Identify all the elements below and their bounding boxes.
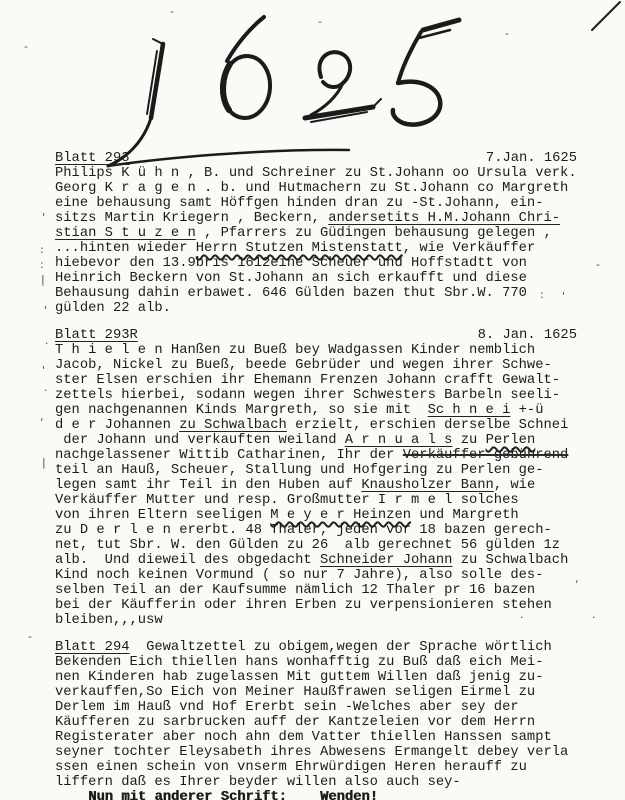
line-text: alb. Und dieweil des obgedacht Schneider… [55,553,568,568]
text-segment: Heinrich Beckern von St.Johann an sich e… [55,271,527,286]
text-segment: von ihren Eltern seeligen [55,508,270,523]
text-segment: zu Schwalbach [452,553,568,568]
line-text: Käufferen zu sarbrucken auff der Kantzel… [55,715,535,730]
text-line: zu D e r l e n ererbt. 48 Thaler, jeden … [55,523,577,538]
underlined-text: zu Schwalbach [179,418,287,433]
line-text: bleiben,,,usw [55,613,163,628]
line-text: Heinrich Beckern von St.Johann an sich e… [55,271,527,286]
text-segment: Kind noch keinen Vormund ( so nur 7 Jahr… [55,568,544,583]
line-text: Nun mit anderer Schrift: Wenden! [55,790,378,800]
text-segment: Gewaltzettel zu obigem,wegen der Sprache… [130,640,552,655]
stray-mark: - [505,27,509,40]
text-line: bei der Käufferin oder ihren Erben zu ve… [55,598,577,613]
text-line: Behausung dahin erbawet. 646 Gülden baze… [55,286,577,301]
underlined-text: stian S t u z e n [55,226,196,241]
text-line: net, tut Sbr. W. den Gülden zu 26 alb ge… [55,538,577,553]
underlined-text: Schneider Johann [320,553,452,568]
text-line: selben Teil an der Kaufsumme nämlich 12 … [55,583,577,598]
text-segment: und Margreth [411,508,519,523]
line-text: der Johann und verkauften weiland A r n … [55,433,535,448]
text-line: legen samt ihr Teil in den Huben auf Kna… [55,478,577,493]
stray-mark: - [24,40,28,53]
stray-mark: ' [42,211,45,224]
text-line: von ihren Eltern seeligen M e y e r Hein… [55,508,577,523]
digit-2-neck [311,83,343,115]
text-segment: seyner tochter Eleysabeth ihres Abwesens… [55,745,568,760]
line-text: Derlem im Hauß vnd Hof Ererbt sein -Welc… [55,700,519,715]
register-entry: Blatt 293R8. Jan. 1625T h i e l e n Hanß… [55,328,577,628]
text-segment: zettels hierbei, sodann wegen ihrer Schw… [55,388,560,403]
text-line: Verkäuffer Mutter und resp. Großmutter I… [55,493,577,508]
text-segment: eine behausung samt Höffgen hinden dran … [55,196,544,211]
underlined-text: Herrn Stutzen Mistenstatt [196,241,403,256]
text-segment: legen samt ihr Teil in den Huben auf [55,478,361,493]
line-text: stian S t u z e n , Pfarrers zu Güdingen… [55,226,552,241]
line-text: ster Elsen erschien ihr Ehemann Frenzen … [55,373,560,388]
stray-mark: : [40,243,44,256]
text-line: hiebevor den 13.9bris 1612eine Scheuer u… [55,256,577,271]
stray-mark: , [40,410,44,423]
text-line: gülden 22 alb. [55,301,577,316]
text-segment: Käufferen zu sarbrucken auff der Kantzel… [55,715,535,730]
line-text: Behausung dahin erbawet. 646 Gülden baze… [55,286,527,301]
line-text: gülden 22 alb. [55,301,171,316]
line-text: hiebevor den 13.9bris 1612eine Scheuer u… [55,256,527,271]
stray-mark: . [44,381,48,394]
register-entry: Blatt 294 Gewaltzettel zu obigem,wegen d… [55,640,577,800]
entry-date: 7.Jan. 1625 [486,151,577,166]
underlined-text: Perlen [486,433,536,448]
line-text: T h i e l e n Hanßen zu Bueß bey Wadgass… [55,343,535,358]
underlined-text: andersetits H.M.Johann Chri- [328,211,560,226]
text-segment: Registerater aber noch ahn dem Vatter th… [55,730,552,745]
line-text: zettels hierbei, sodann wegen ihrer Schw… [55,388,560,403]
underlined-text: M e y e r Heinzen [270,508,411,523]
text-segment: der Johann und verkauften weiland [55,433,345,448]
text-line: Philips K ü h n , B. und Schreiner zu St… [55,166,577,181]
line-text: Blatt 294 Gewaltzettel zu obigem,wegen d… [55,640,552,655]
text-segment: Bekenden Eich thiellen hans wonhafftig z… [55,655,544,670]
struck-text: Verkäuffer gebührend [403,448,569,463]
text-segment: , wie Verkäuffer [403,241,535,256]
text-segment: erzielt, erschien derselbe Schnei [287,418,569,433]
digit-1-stroke [151,44,163,118]
text-segment: alb. Und dieweil des obgedacht [55,553,320,568]
stray-mark: | [42,456,46,469]
line-text: d e r Johannen zu Schwalbach erzielt, er… [55,418,568,433]
line-text: Kind noch keinen Vormund ( so nur 7 Jahr… [55,568,544,583]
underlined-text: Sc h n e i [428,403,511,418]
stray-mark: . [592,608,596,621]
text-line: alb. Und dieweil des obgedacht Schneider… [55,553,577,568]
line-text: Registerater aber noch ahn dem Vatter th… [55,730,552,745]
text-line: seyner tochter Eleysabeth ihres Abwesens… [55,745,577,760]
text-segment: zu [452,433,485,448]
line-text: Philips K ü h n , B. und Schreiner zu St… [55,166,577,181]
digit-6-shade [223,64,230,110]
digit-5-flag [419,30,450,38]
text-line: Blatt 294 Gewaltzettel zu obigem,wegen d… [55,640,577,655]
digit-5-bowl [393,82,440,125]
line-text: Jacob, Nickel zu Bueß, beede Gebrüder un… [55,358,552,373]
register-entry: Blatt 2937.Jan. 1625Philips K ü h n , B.… [55,151,577,316]
text-segment: ssen einen schein von vnserm Ehrwürdigen… [55,760,527,775]
text-line: Bekenden Eich thiellen hans wonhafftig z… [55,655,577,670]
text-line: Jacob, Nickel zu Bueß, beede Gebrüder un… [55,358,577,373]
text-segment: ster Elsen erschien ihr Ehemann Frenzen … [55,373,560,388]
line-text: ssen einen schein von vnserm Ehrwürdigen… [55,760,527,775]
text-segment: teil an Hauß, Scheuer, Stallung und Hofg… [55,463,544,478]
text-line: eine behausung samt Höffgen hinden dran … [55,196,577,211]
text-segment: bei der Käufferin oder ihren Erben zu ve… [55,598,552,613]
text-segment: gülden 22 alb. [55,301,171,316]
entry-header-line: Blatt 2937.Jan. 1625 [55,151,577,166]
text-line: Derlem im Hauß vnd Hof Ererbt sein -Welc… [55,700,577,715]
text-line: Registerater aber noch ahn dem Vatter th… [55,730,577,745]
text-segment: nachgelassener Wittib Catharinen, Ihr de… [55,448,403,463]
text-line: gen nachgenannen Kinds Margreth, so sie … [55,403,577,418]
entry-header-line: Blatt 293R8. Jan. 1625 [55,328,577,343]
text-line: T h i e l e n Hanßen zu Bueß bey Wadgass… [55,343,577,358]
text-line: Kind noch keinen Vormund ( so nur 7 Jahr… [55,568,577,583]
text-segment: Derlem im Hauß vnd Hof Ererbt sein -Welc… [55,700,519,715]
digit-1-stroke [147,51,157,114]
digit-2-base [311,112,367,122]
text-segment: , wie [494,478,535,493]
stray-mark: . [45,334,49,347]
text-segment: Behausung dahin erbawet. 646 Gülden baze… [55,286,527,301]
text-line: Georg K r a g e n . b. und Hutmachern zu… [55,181,577,196]
text-segment: bleiben,,,usw [55,613,163,628]
digit-2-loop [319,52,350,87]
line-text: ...hinten wieder Herrn Stutzen Mistensta… [55,241,535,256]
text-segment: zu D e r l e n ererbt. 48 Thaler, jeden … [55,523,552,538]
line-text: eine behausung samt Höffgen hinden dran … [55,196,544,211]
text-line: stian S t u z e n , Pfarrers zu Güdingen… [55,226,577,241]
text-segment: , Pfarrers zu Güdingen behausung gelegen… [196,226,552,241]
text-segment: T h i e l e n Hanßen zu Bueß bey Wadgass… [55,343,535,358]
stray-mark: ' [44,304,47,317]
text-line: liffern daß es Ihrer beyder willen also … [55,775,577,790]
text-line: teil an Hauß, Scheuer, Stallung und Hofg… [55,463,577,478]
entry-date: 8. Jan. 1625 [478,328,577,343]
stray-mark: - [170,5,174,18]
stray-mark: : [40,258,44,271]
text-line: der Johann und verkauften weiland A r n … [55,433,577,448]
text-segment: ...hinten wieder [55,241,196,256]
text-line: nen Kinderen hab zugelassen Mit guttem W… [55,670,577,685]
line-text: seyner tochter Eleysabeth ihres Abwesens… [55,745,568,760]
line-text: Blatt 293R [55,328,138,343]
underlined-text: A r n u a l s [345,433,453,448]
text-line: Heinrich Beckern von St.Johann an sich e… [55,271,577,286]
line-text: net, tut Sbr. W. den Gülden zu 26 alb ge… [55,538,560,553]
line-text: Blatt 293 [55,151,130,166]
line-text: Georg K r a g e n . b. und Hutmachern zu… [55,181,568,196]
underlined-text: Blatt 293 [55,151,130,166]
text-line: verkauffen,So Eich von Meiner Haußfrawen… [55,685,577,700]
text-segment: sitzs Martin Kriegern , Beckern, [55,211,328,226]
text-line: ssen einen schein von vnserm Ehrwürdigen… [55,760,577,775]
year-1625-handwritten [0,0,625,172]
text-line: zettels hierbei, sodann wegen ihrer Schw… [55,388,577,403]
text-segment: gen nachgenannen Kinds Margreth, so sie … [55,403,428,418]
text-segment: nen Kinderen hab zugelassen Mit guttem W… [55,670,544,685]
line-text: bei der Käufferin oder ihren Erben zu ve… [55,598,552,613]
text-segment: +-ü [510,403,543,418]
line-text: verkauffen,So Eich von Meiner Haußfrawen… [55,685,535,700]
digit-6-ascender [227,17,264,61]
text-line: bleiben,,,usw [55,613,577,628]
text-line: ...hinten wieder Herrn Stutzen Mistensta… [55,241,577,256]
line-text: selben Teil an der Kaufsumme nämlich 12 … [55,583,535,598]
text-line: d e r Johannen zu Schwalbach erzielt, er… [55,418,577,433]
line-text: nen Kinderen hab zugelassen Mit guttem W… [55,670,544,685]
line-text: Verkäuffer Mutter und resp. Großmutter I… [55,493,519,508]
text-segment: verkauffen,So Eich von Meiner Haußfrawen… [55,685,535,700]
stray-mark: - [318,15,322,28]
document-page: Blatt 2937.Jan. 1625Philips K ü h n , B.… [0,0,625,800]
digit-1-stroke [153,39,163,44]
text-line: nachgelassener Wittib Catharinen, Ihr de… [55,448,577,463]
underlined-text: Blatt 293R [55,328,138,343]
text-segment: selben Teil an der Kaufsumme nämlich 12 … [55,583,535,598]
stray-pen-stroke [592,2,620,30]
text-line: Nun mit anderer Schrift: Wenden! [55,790,577,800]
text-segment: d e r Johannen [55,418,179,433]
text-segment: Georg K r a g e n . b. und Hutmachern zu… [55,181,568,196]
text-segment: Philips K ü h n , B. und Schreiner zu St… [55,166,577,181]
text-line: sitzs Martin Kriegern , Beckern, anderse… [55,211,577,226]
digit-5-flag [423,20,459,30]
underlined-text: Knausholzer Bann [361,478,493,493]
text-segment: Verkäuffer Mutter und resp. Großmutter I… [55,493,519,508]
text-segment: Nun mit anderer Schrift: Wenden! [55,790,378,800]
underlined-text: Blatt 294 [55,640,130,655]
text-segment: net, tut Sbr. W. den Gülden zu 26 alb ge… [55,538,560,553]
stray-mark: - [28,630,32,643]
stray-mark: ' [42,364,45,377]
line-text: Bekenden Eich thiellen hans wonhafftig z… [55,655,544,670]
digit-2-base [373,99,381,107]
line-text: von ihren Eltern seeligen M e y e r Hein… [55,508,519,523]
line-text: gen nachgenannen Kinds Margreth, so sie … [55,403,544,418]
digit-6-bowl [219,54,272,120]
text-segment: Jacob, Nickel zu Bueß, beede Gebrüder un… [55,358,552,373]
line-text: legen samt ihr Teil in den Huben auf Kna… [55,478,535,493]
line-text: liffern daß es Ihrer beyder willen also … [55,775,461,790]
line-text: teil an Hauß, Scheuer, Stallung und Hofg… [55,463,544,478]
digit-2-base [305,107,373,118]
stray-mark: - [596,258,600,271]
line-text: nachgelassener Wittib Catharinen, Ihr de… [55,448,568,463]
stray-mark: | [41,273,45,286]
digit-5-stem [398,32,421,83]
line-text: sitzs Martin Kriegern , Beckern, anderse… [55,211,560,226]
entries: Blatt 2937.Jan. 1625Philips K ü h n , B.… [55,151,577,800]
text-line: ster Elsen erschien ihr Ehemann Frenzen … [55,373,577,388]
text-line: Käufferen zu sarbrucken auff der Kantzel… [55,715,577,730]
text-segment: hiebevor den 13.9bris 1612eine Scheuer u… [55,256,527,271]
line-text: zu D e r l e n ererbt. 48 Thaler, jeden … [55,523,552,538]
text-segment: liffern daß es Ihrer beyder willen also … [55,775,461,790]
